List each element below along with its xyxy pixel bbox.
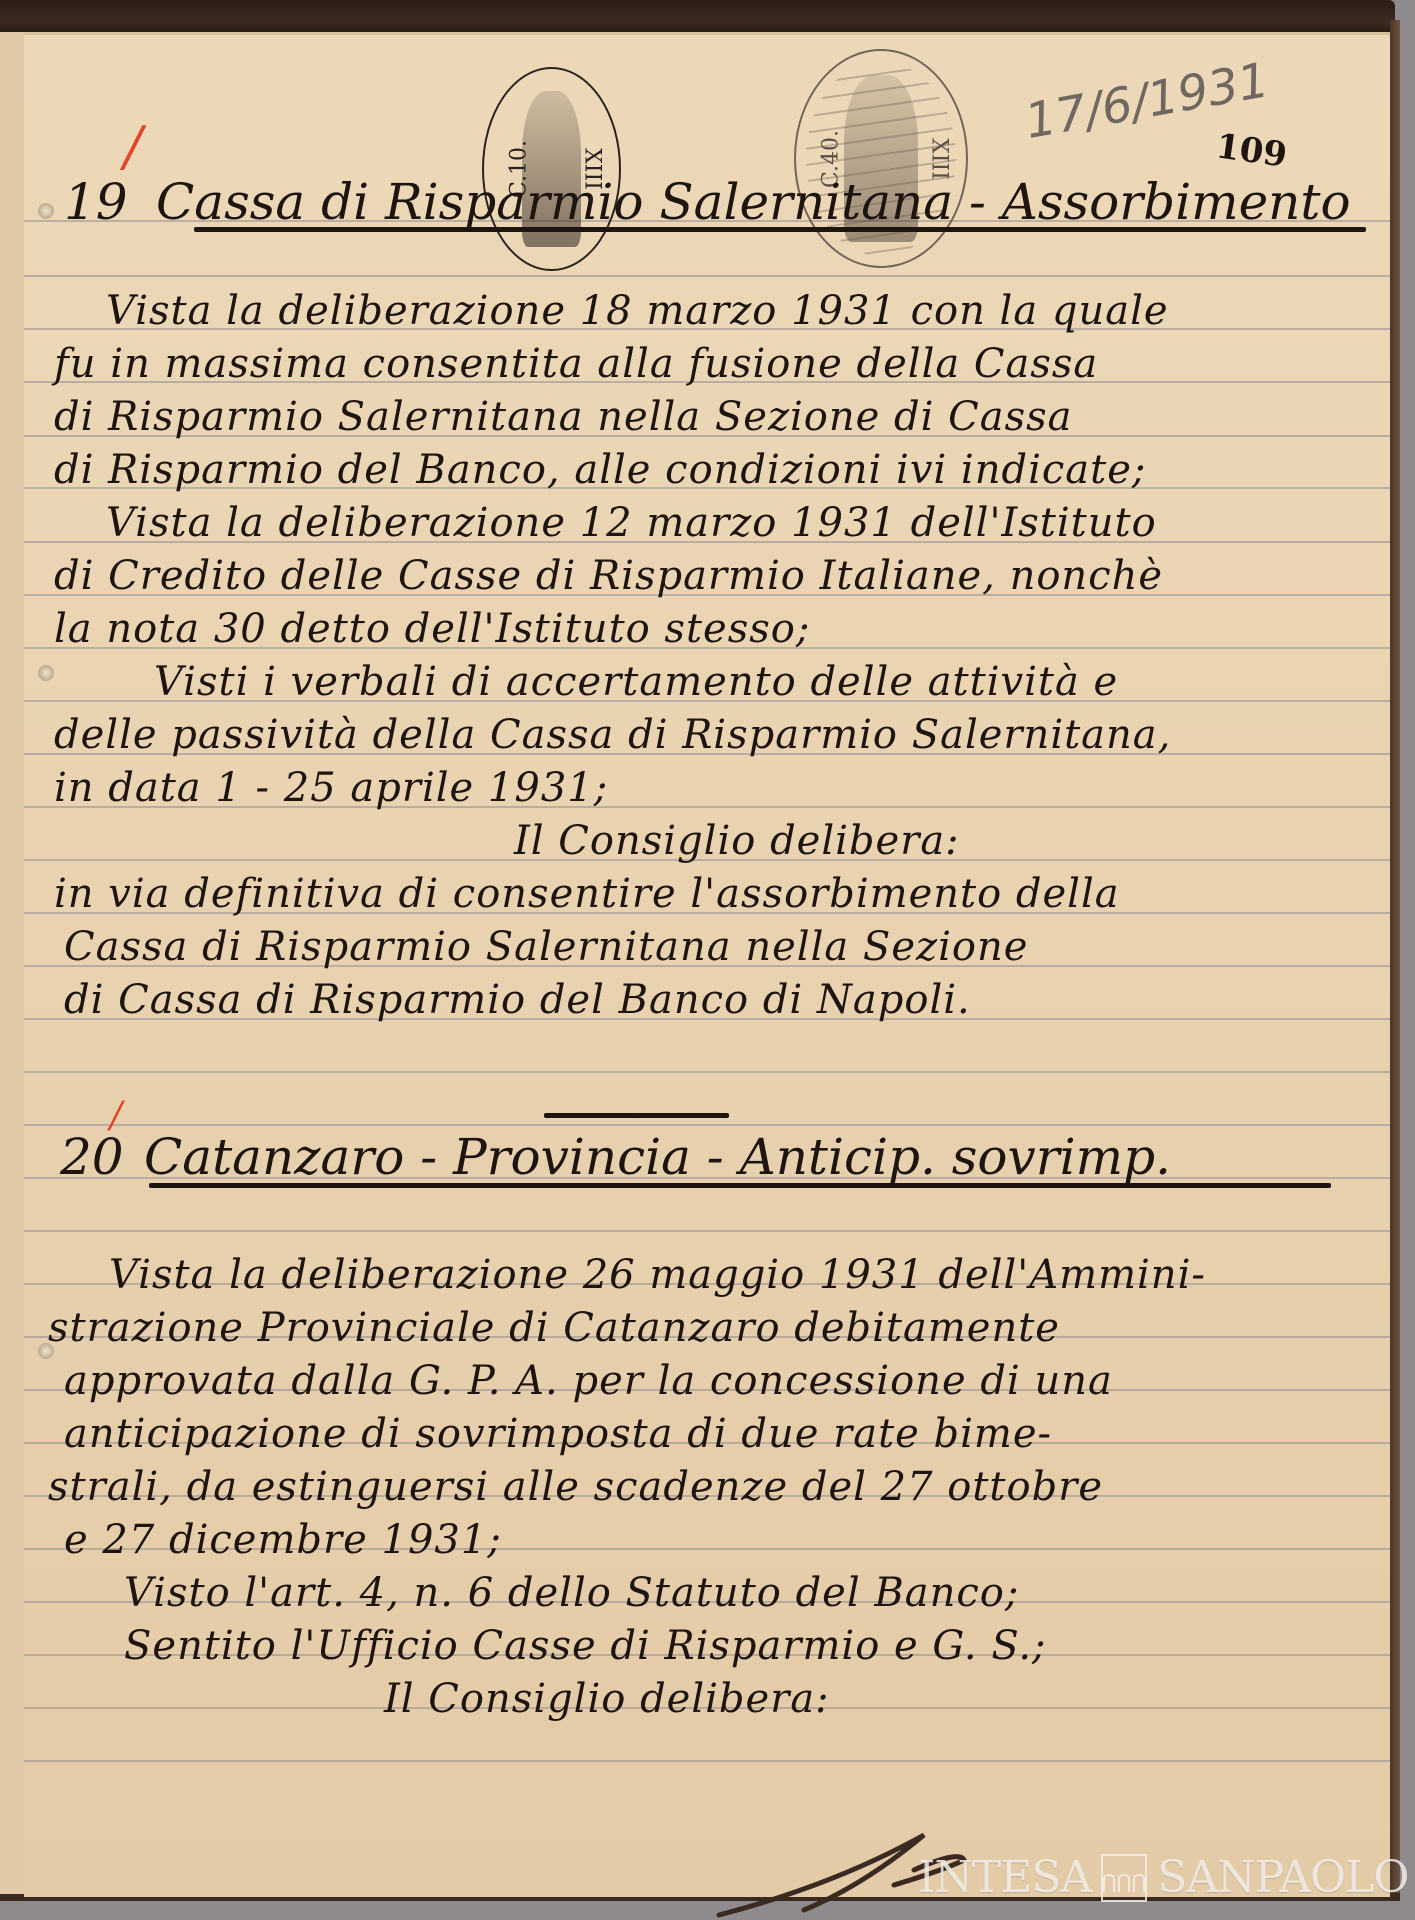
rule-line [24, 1124, 1390, 1126]
red-check-mark: / [124, 115, 142, 178]
text-line: di Credito delle Casse di Risparmio Ital… [54, 553, 1163, 599]
intesa-sanpaolo-watermark: INTESA SANPAOLO [918, 1852, 1408, 1903]
rule-line [24, 1230, 1390, 1232]
text-line: in via definitiva di consentire l'assorb… [54, 871, 1120, 917]
previous-page-edge [0, 32, 26, 1894]
rule-line [24, 1760, 1390, 1762]
text-line: Sentito l'Ufficio Casse di Risparmio e G… [124, 1623, 1047, 1669]
text-line: e 27 dicembre 1931; [64, 1517, 502, 1563]
entry-title: Cassa di Risparmio Salernitana - Assorbi… [156, 173, 1351, 231]
book-cover-top [0, 0, 1395, 36]
rule-line [24, 275, 1390, 277]
text-line: di Risparmio Salernitana nella Sezione d… [54, 394, 1073, 440]
text-line: Visti i verbali di accertamento delle at… [154, 659, 1118, 705]
ledger-page: C.10. XIII C.40. XIII 17/6/1931 109 / 19… [24, 32, 1390, 1897]
text-line: approvata dalla G. P. A. per la concessi… [64, 1358, 1113, 1404]
revenue-stamp: C.10. XIII [482, 67, 621, 271]
entry-title: Catanzaro - Provincia - Anticip. sovrimp… [144, 1128, 1171, 1186]
entry-20-number: 20 [60, 1128, 124, 1186]
bank-logo-icon [1101, 1854, 1147, 1902]
text-line: Cassa di Risparmio Salernitana nella Sez… [64, 924, 1028, 970]
text-line: anticipazione di sovrimposta di due rate… [64, 1411, 1052, 1457]
revenue-stamp: C.40. XIII [794, 49, 968, 268]
watermark-left-text: INTESA [918, 1852, 1091, 1903]
text-line: strazione Provinciale di Catanzaro debit… [48, 1305, 1060, 1351]
text-line: delle passività della Cassa di Risparmio… [54, 712, 1171, 758]
text-line: in data 1 - 25 aprile 1931; [54, 765, 608, 811]
title-overline [544, 1113, 729, 1118]
rule-line [24, 1071, 1390, 1073]
council-resolves: Il Consiglio delibera: [514, 818, 960, 864]
watermark-right-text: SANPAOLO [1157, 1852, 1408, 1903]
entry-number: 19 [64, 173, 128, 231]
page-number: 109 [1214, 126, 1290, 175]
binding-hole [38, 203, 54, 219]
text-line: la nota 30 detto dell'Istituto stesso; [54, 606, 810, 652]
book-cover-edge [1390, 20, 1400, 1900]
text-line: di Cassa di Risparmio del Banco di Napol… [64, 977, 971, 1023]
binding-hole [38, 665, 54, 681]
entry-number: 20 [60, 1128, 124, 1186]
text-line: strali, da estinguersi alle scadenze del… [48, 1464, 1103, 1510]
title-underline [194, 227, 1366, 232]
entry-19-number: 19 [64, 173, 128, 231]
text-line: fu in massima consentita alla fusione de… [54, 341, 1098, 387]
text-line: Vista la deliberazione 12 marzo 1931 del… [106, 500, 1157, 546]
text-line: Vista la deliberazione 26 maggio 1931 de… [109, 1252, 1206, 1298]
text-line: di Risparmio del Banco, alle condizioni … [54, 447, 1146, 493]
council-resolves: Il Consiglio delibera: [384, 1676, 830, 1722]
title-underline [149, 1183, 1331, 1188]
text-line: Vista la deliberazione 18 marzo 1931 con… [106, 288, 1169, 334]
text-line: Visto l'art. 4, n. 6 dello Statuto del B… [124, 1570, 1019, 1616]
